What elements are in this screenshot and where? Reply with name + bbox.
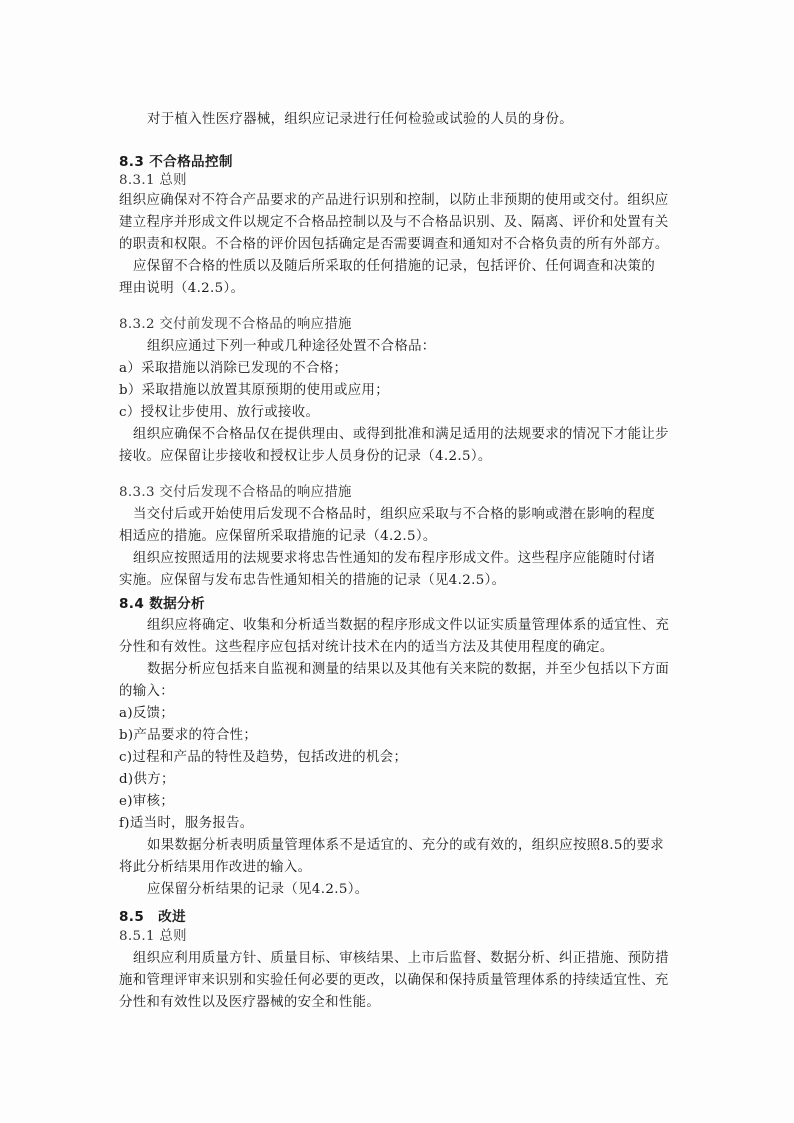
paragraph-line: 组织应将确定、收集和分析适当数据的程序形成文件以证实质量管理体系的适宜性、充 — [147, 617, 669, 635]
paragraph-line: 理由说明（4.2.5）。 — [119, 280, 244, 298]
subsection-heading: 8.3.2 交付前发现不合格品的响应措施 — [119, 316, 352, 334]
list-item: a）采取措施以消除已发现的不合格； — [119, 360, 347, 378]
paragraph-line: 当交付后或开始使用后发现不合格品时，组织应采取与不合格的影响或潜在影响的程度 — [133, 506, 655, 524]
list-item: f)适当时，服务报告。 — [119, 815, 254, 833]
paragraph-line: 对于植入性医疗器械，组织应记录进行任何检验或试验的人员的身份。 — [147, 111, 573, 129]
list-item: c)过程和产品的特性及趋势，包括改进的机会； — [119, 749, 407, 767]
paragraph-line: 相适应的措施。应保留所采取措施的记录（4.2.5）。 — [119, 528, 437, 546]
paragraph-line: 组织应通过下列一种或几种途径处置不合格品： — [147, 338, 436, 356]
list-item: b）采取措施以放置其原预期的使用或应用； — [119, 382, 389, 400]
paragraph-line: 组织应按照适用的法规要求将忠告性通知的发布程序形成文件。这些程序应能随时付诸 — [133, 550, 655, 568]
list-item: a)反馈； — [119, 705, 174, 723]
list-item: d)供方； — [119, 771, 175, 789]
paragraph-line: 数据分析应包括来自监视和测量的结果以及其他有关来院的数据，并至少包括以下方面 — [147, 661, 669, 679]
paragraph-line: 实施。应保留与发布忠告性通知相关的措施的记录（见4.2.5）。 — [119, 572, 505, 590]
subsection-heading: 8.3.3 交付后发现不合格品的响应措施 — [119, 484, 352, 502]
document-page: 对于植入性医疗器械，组织应记录进行任何检验或试验的人员的身份。8.3 不合格品控… — [0, 0, 794, 1123]
subsection-heading: 8.3.1 总则 — [119, 172, 187, 190]
list-item: b)产品要求的符合性； — [119, 727, 257, 745]
paragraph-line: 应保留不合格的性质以及随后所采取的任何措施的记录，包括评价、任何调查和决策的 — [133, 258, 655, 276]
paragraph-line: 应保留分析结果的记录（见4.2.5）。 — [147, 881, 369, 899]
paragraph-line: 将此分析结果用作改进的输入。 — [119, 859, 311, 877]
subsection-heading: 8.5.1 总则 — [119, 928, 187, 946]
list-item: c）授权让步使用、放行或接收。 — [119, 404, 319, 422]
paragraph-line: 施和管理评审来识别和实验任何必要的更改，以确保和保持质量管理体系的持续适宜性、充 — [119, 972, 669, 990]
paragraph-line: 接收。应保留让步接收和授权让步人员身份的记录（4.2.5）。 — [119, 448, 492, 466]
paragraph-line: 如果数据分析表明质量管理体系不是适宜的、充分的或有效的，组织应按照8.5的要求 — [147, 837, 664, 855]
section-heading: 8.3 不合格品控制 — [119, 153, 233, 171]
paragraph-line: 分性和有效性。这些程序应包括对统计技术在内的适当方法及其使用程度的确定。 — [119, 639, 614, 657]
paragraph-line: 组织应确保不合格品仅在提供理由、或得到批准和满足适用的法规要求的情况下才能让步 — [133, 426, 669, 444]
paragraph-line: 的输入： — [119, 683, 174, 701]
paragraph-line: 组织应利用质量方针、质量目标、审核结果、上市后监督、数据分析、纠正措施、预防措 — [133, 950, 669, 968]
section-heading: 8.5 改进 — [119, 908, 186, 926]
paragraph-line: 的职责和权限。不合格的评价因包括确定是否需要调查和通知对不合格负责的所有外部方。 — [119, 236, 669, 254]
paragraph-line: 建立程序并形成文件以规定不合格品控制以及与不合格品识别、及、隔离、评价和处置有关 — [119, 214, 669, 232]
section-heading: 8.4 数据分析 — [119, 595, 205, 613]
paragraph-line: 分性和有效性以及医疗器械的安全和性能。 — [119, 994, 380, 1012]
paragraph-line: 组织应确保对不符合产品要求的产品进行识别和控制，以防止非预期的使用或交付。组织应 — [119, 192, 669, 210]
list-item: e)审核； — [119, 793, 174, 811]
